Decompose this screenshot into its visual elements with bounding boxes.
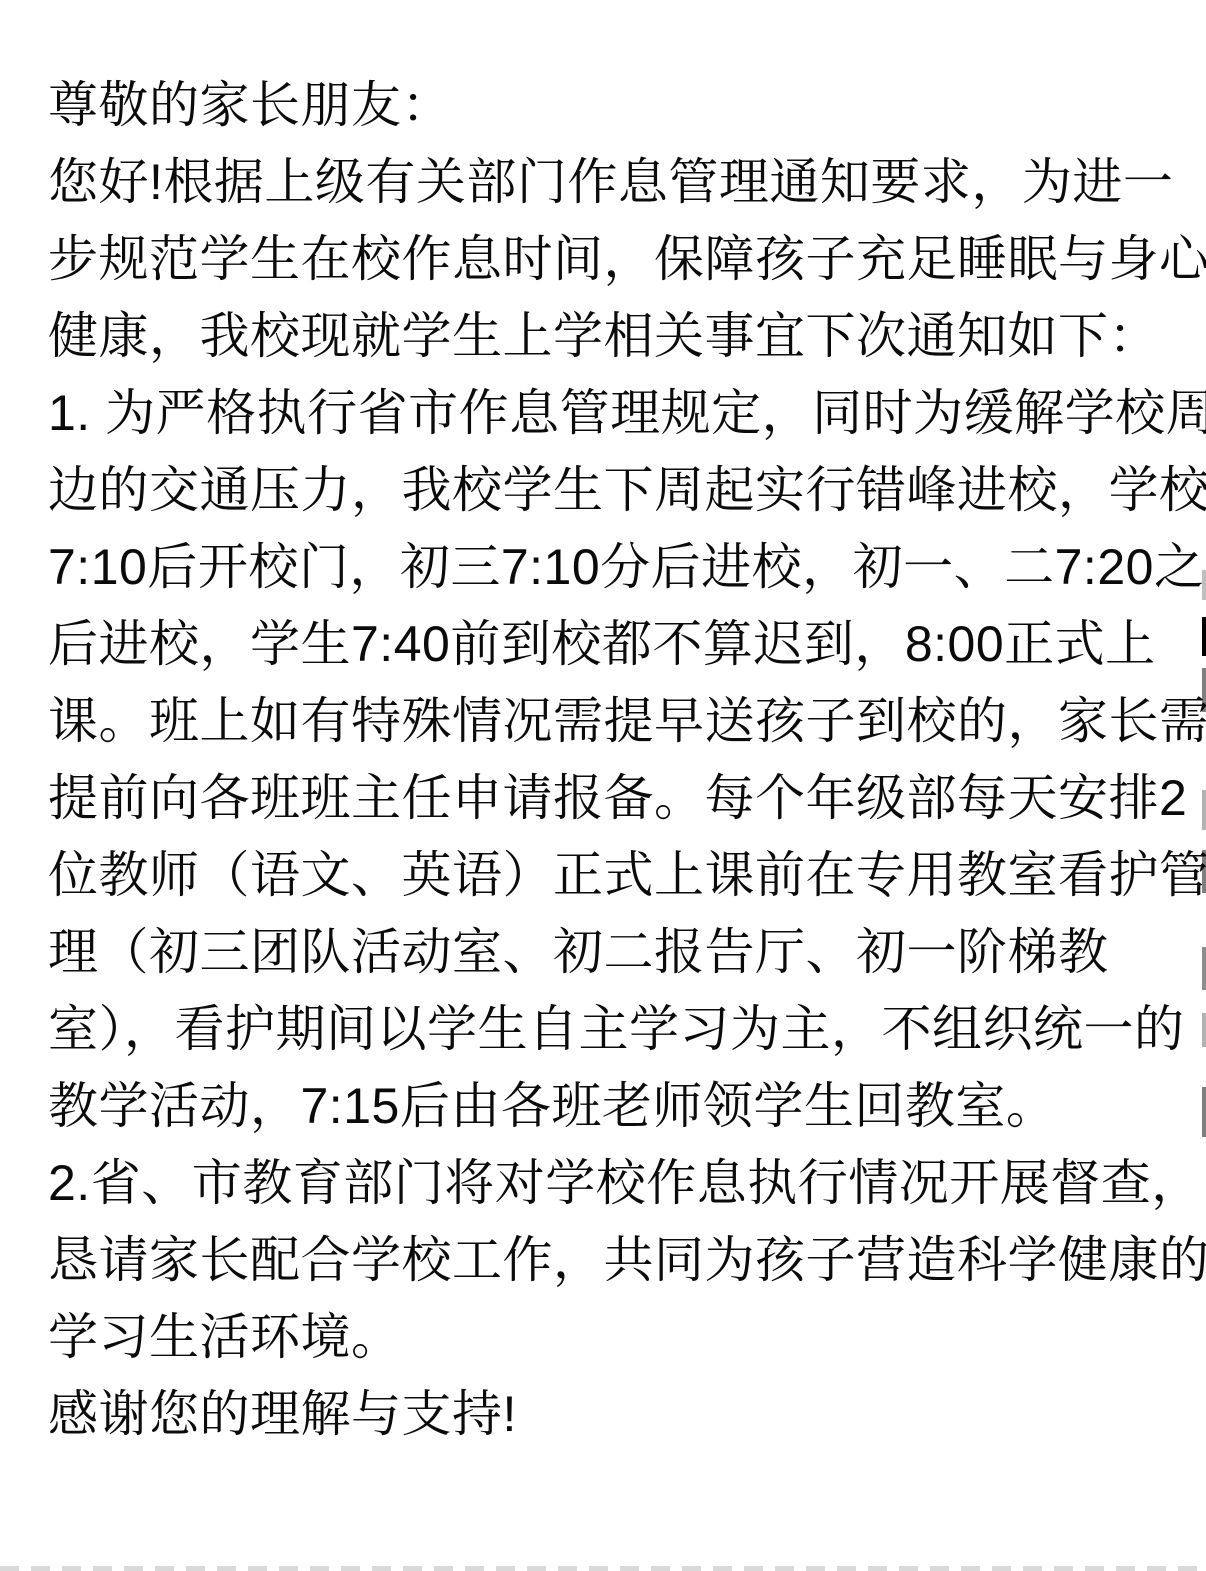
cropped-character-sliver (1202, 617, 1206, 656)
text-line: 学习生活环境。 (48, 1299, 1170, 1376)
text-line: 室），看护期间以学生自主学习为主，不组织统一的 (48, 991, 1170, 1068)
cropped-character-sliver (1202, 1087, 1206, 1137)
text-line: 您好!根据上级有关部门作息管理通知要求，为进一 (48, 144, 1170, 221)
text-line: 教学活动，7:15后由各班老师领学生回教室。 (48, 1068, 1170, 1145)
cropped-character-sliver (1202, 668, 1206, 712)
text-line: 7:10后开校门，初三7:10分后进校，初一、二7:20之 (48, 529, 1170, 606)
cropped-character-sliver (1202, 570, 1206, 600)
notice-text-block: 尊敬的家长朋友： 您好!根据上级有关部门作息管理通知要求，为进一 步规范学生在校… (48, 67, 1170, 1453)
text-line: 课。班上如有特殊情况需提早送孩子到校的，家长需 (48, 683, 1170, 760)
cropped-character-sliver (1202, 1013, 1206, 1047)
text-line: 健康，我校现就学生上学相关事宜下次通知如下： (48, 298, 1170, 375)
text-line: 位教师（语文、英语）正式上课前在专用教室看护管 (48, 837, 1170, 914)
text-line: 恳请家长配合学校工作，共同为孩子营造科学健康的 (48, 1222, 1170, 1299)
salutation-line: 尊敬的家长朋友： (48, 67, 1170, 144)
text-line: 提前向各班班主任申请报备。每个年级部每天安排2 (48, 760, 1170, 837)
bottom-cropped-text-line (0, 1566, 1206, 1571)
item-2-line: 2.省、市教育部门将对学校作息执行情况开展督查， (48, 1145, 1170, 1222)
text-line: 理（初三团队活动室、初二报告厅、初一阶梯教 (48, 914, 1170, 991)
cropped-character-sliver (1202, 790, 1206, 830)
text-line: 步规范学生在校作息时间，保障孩子充足睡眠与身心 (48, 221, 1170, 298)
item-1-line: 1. 为严格执行省市作息管理规定，同时为缓解学校周 (48, 375, 1170, 452)
cropped-character-sliver (1202, 947, 1206, 990)
notice-document: 尊敬的家长朋友： 您好!根据上级有关部门作息管理通知要求，为进一 步规范学生在校… (0, 0, 1206, 1571)
text-line: 后进校，学生7:40前到校都不算迟到，8:00正式上 (48, 606, 1170, 683)
text-line: 边的交通压力，我校学生下周起实行错峰进校，学校 (48, 452, 1170, 529)
closing-thanks-line: 感谢您的理解与支持! (48, 1376, 1170, 1453)
cropped-character-sliver (1202, 850, 1206, 893)
